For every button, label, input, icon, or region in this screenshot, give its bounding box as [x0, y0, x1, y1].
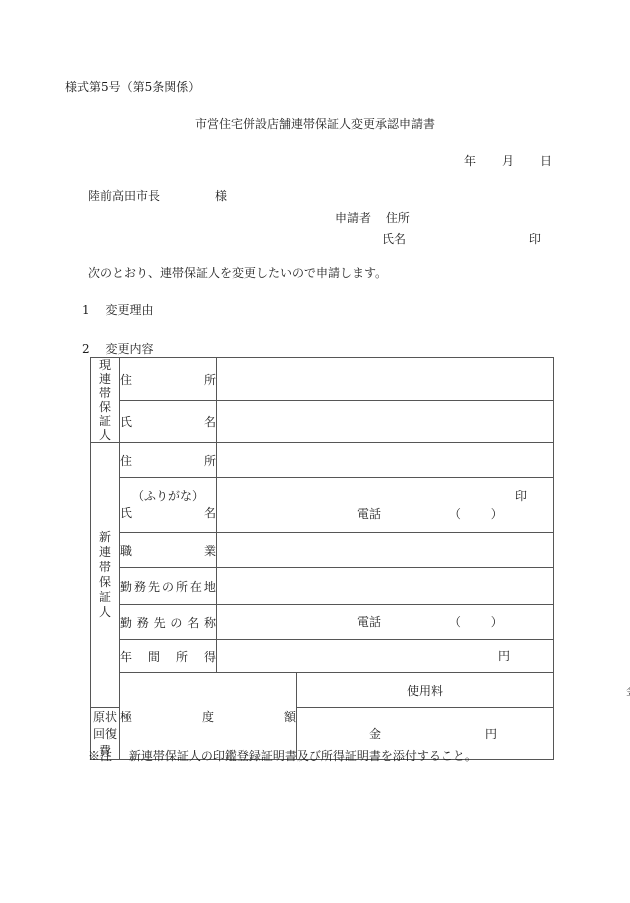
limit-amount-label-cell: 極度額: [120, 673, 297, 760]
current-address-label: 住所: [120, 371, 216, 388]
new-address-label-cell: 住所: [120, 443, 217, 478]
phone-paren-open: （: [449, 615, 461, 629]
applicant-seal-mark: 印: [529, 232, 541, 246]
current-name-label-cell: 氏名: [120, 401, 217, 443]
new-address-label: 住所: [120, 452, 216, 469]
note-line: ※注 新連帯保証人の印鑑登録証明書及び所得証明書を添付すること。: [88, 748, 477, 764]
document-page: 様式第5号（第5条関係） 市営住宅併設店舗連帯保証人変更承認申請書 年 月 日 …: [0, 0, 630, 903]
applicant-block: 申請者 住所 氏名 印: [335, 209, 541, 248]
current-name-label: 氏名: [120, 413, 216, 430]
phone-paren-close: ）: [491, 615, 503, 629]
section-2-title: 変更内容: [105, 342, 153, 356]
phone-label: 電話: [357, 615, 381, 629]
annual-income-label: 年間所得: [120, 648, 216, 665]
phone-paren-open: （: [449, 507, 461, 521]
new-name-field: 印 電話 （ ）: [217, 478, 554, 533]
restoration-fee-amount-line: 金 円: [297, 725, 553, 742]
section-1-heading: 1 変更理由: [82, 302, 153, 318]
current-guarantor-header: 現連帯保証人: [91, 359, 119, 442]
restoration-fee-kin-label: 金: [297, 725, 381, 742]
recipient-honorific: 様: [215, 189, 227, 204]
intro-text: 次のとおり、連帯保証人を変更したいので申請します。: [88, 265, 387, 281]
current-name-field: [217, 401, 554, 443]
recipient-line: 陸前高田市長 様: [88, 189, 227, 204]
new-address-field: [217, 443, 554, 478]
applicant-address-line: 申請者 住所: [335, 209, 541, 227]
section-2-heading: 2 変更内容: [82, 341, 153, 357]
new-name-seal-mark: 印: [217, 487, 553, 505]
form-number: 様式第5号（第5条関係）: [65, 80, 200, 94]
phone-label: 電話: [357, 507, 381, 521]
date-line: 年 月 日: [464, 153, 552, 169]
current-address-field: [217, 358, 554, 401]
usage-fee-kin-label: 金: [554, 682, 630, 699]
applicant-name-label: 氏名: [382, 232, 406, 246]
furigana-label: （ふりがな）: [120, 488, 216, 505]
page-title: 市営住宅併設店舗連帯保証人変更承認申請書: [0, 116, 630, 132]
new-guarantor-header-cell: 新連帯保証人: [91, 443, 120, 708]
date-year-label: 年: [464, 153, 476, 169]
applicant-address-label: 住所: [386, 211, 410, 225]
section-1-number: 1: [82, 303, 90, 317]
applicant-label: 申請者: [335, 211, 371, 225]
occupation-field: [217, 533, 554, 568]
annual-income-yen-label: 円: [217, 646, 553, 667]
note-text: 新連帯保証人の印鑑登録証明書及び所得証明書を添付すること。: [129, 749, 477, 763]
new-name-label-cell: （ふりがな） 氏名: [120, 478, 217, 533]
note-prefix: ※注: [88, 749, 112, 763]
recipient-name: 陸前高田市長: [88, 189, 160, 204]
current-guarantor-header-cell: 現連帯保証人: [91, 358, 120, 443]
workplace-name-label: 勤務先の名称: [120, 614, 216, 631]
section-2-number: 2: [82, 342, 90, 356]
section-1-title: 変更理由: [105, 303, 153, 317]
annual-income-field: 円: [217, 640, 554, 673]
date-day-label: 日: [540, 153, 552, 169]
workplace-address-label: 勤務先の所在地: [120, 578, 216, 595]
annual-income-label-cell: 年間所得: [120, 640, 217, 673]
change-details-table: 現連帯保証人 住所 氏名 新連帯保証人 住所 （ふりがな）: [90, 357, 554, 760]
workplace-name-label-cell: 勤務先の名称: [120, 605, 217, 640]
usage-fee-label: 使用料: [297, 673, 554, 708]
limit-amount-label: 極度額: [120, 708, 296, 725]
date-month-label: 月: [502, 153, 514, 169]
current-address-label-cell: 住所: [120, 358, 217, 401]
restoration-fee-yen-label: 円: [485, 725, 553, 742]
occupation-label: 職業: [120, 542, 216, 559]
workplace-address-label-cell: 勤務先の所在地: [120, 568, 217, 605]
occupation-label-cell: 職業: [120, 533, 217, 568]
workplace-name-field: 電話 （ ）: [217, 605, 554, 640]
workplace-phone-line: 電話 （ ）: [217, 613, 553, 631]
workplace-address-field: [217, 568, 554, 605]
new-name-phone-line: 電話 （ ）: [217, 505, 553, 523]
new-name-label: 氏名: [120, 505, 216, 522]
phone-paren-close: ）: [491, 507, 503, 521]
applicant-name-line: 氏名 印: [382, 230, 541, 248]
new-guarantor-header: 新連帯保証人: [91, 461, 119, 689]
